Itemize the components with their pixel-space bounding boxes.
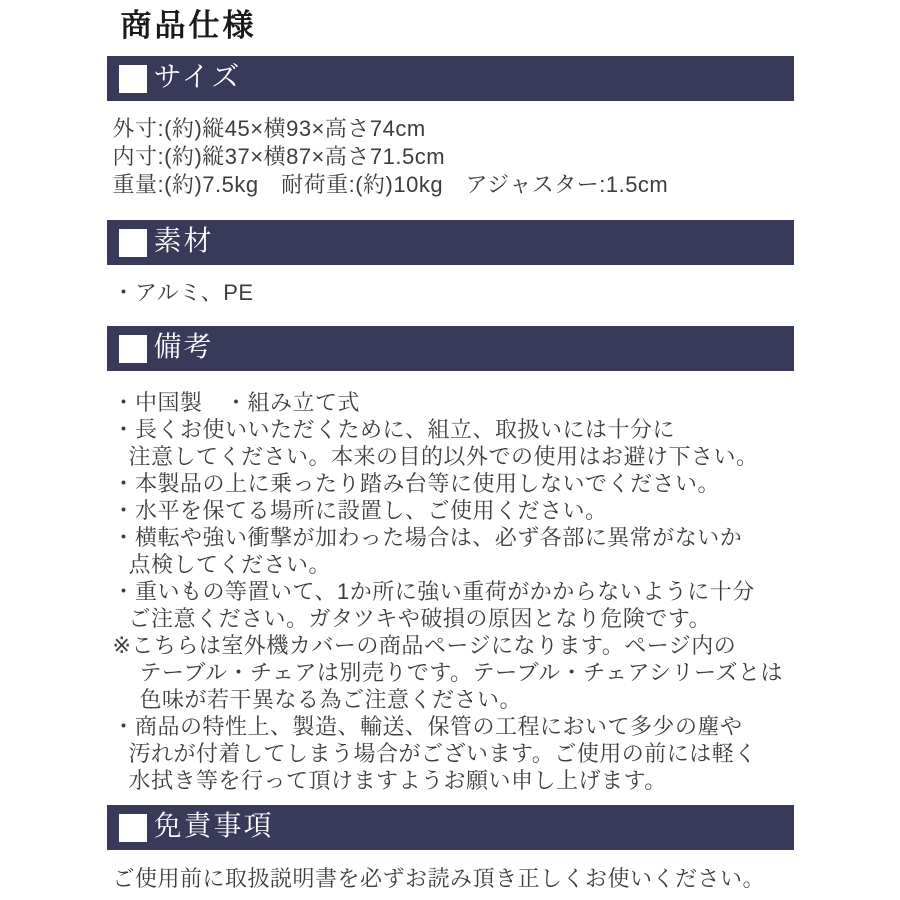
note-line-continuation: 色味が若干異なる為ご注意ください。	[113, 686, 794, 713]
section-size: サイズ 外寸:(約)縦45×横93×高さ74cm 内寸:(約)縦37×横87×高…	[107, 56, 794, 220]
disclaimer-line: ご使用前に取扱説明書を必ずお読み頂き正しくお使いください。	[113, 865, 794, 893]
spec-line-inner-dimensions: 内寸:(約)縦37×横87×高さ71.5cm	[113, 143, 794, 171]
spec-line-weight-capacity: 重量:(約)7.5kg 耐荷重:(約)10kg アジャスター:1.5cm	[113, 171, 794, 199]
note-line: ・本製品の上に乗ったり踏み台等に使用しないでください。	[113, 470, 794, 497]
section-disclaimer: 免責事項 ご使用前に取扱説明書を必ずお読み頂き正しくお使いください。	[107, 805, 794, 893]
notes-section-body: ・中国製 ・組み立て式 ・長くお使いいただくために、組立、取扱いには十分に 注意…	[107, 371, 794, 805]
page-title: 商品仕様	[107, 0, 794, 50]
material-line: ・アルミ、PE	[113, 279, 794, 307]
note-line: ・中国製 ・組み立て式	[113, 389, 794, 416]
note-line-continuation: 注意してください。本来の目的以外での使用はお避け下さい。	[113, 443, 794, 470]
material-section-title: 素材	[154, 227, 214, 258]
section-material: 素材 ・アルミ、PE	[107, 220, 794, 326]
disclaimer-section-header: 免責事項	[107, 805, 794, 850]
disclaimer-section-body: ご使用前に取扱説明書を必ずお読み頂き正しくお使いください。	[107, 850, 794, 893]
spec-line-outer-dimensions: 外寸:(約)縦45×横93×高さ74cm	[113, 115, 794, 143]
note-line: ・重いもの等置いて、1か所に強い重荷がかからないように十分	[113, 578, 794, 605]
product-spec-page: 商品仕様 サイズ 外寸:(約)縦45×横93×高さ74cm 内寸:(約)縦37×…	[0, 0, 900, 900]
size-section-header: サイズ	[107, 56, 794, 101]
notes-section-title: 備考	[154, 333, 214, 364]
notes-section-header: 備考	[107, 326, 794, 371]
note-line: ※こちらは室外機カバーの商品ページになります。ページ内の	[113, 632, 794, 659]
note-line: ・長くお使いいただくために、組立、取扱いには十分に	[113, 416, 794, 443]
note-line-continuation: 水拭き等を行って頂けますようお願い申し上げます。	[113, 767, 794, 794]
square-bullet-icon	[119, 65, 147, 93]
note-line-continuation: ご注意ください。ガタツキや破損の原因となり危険です。	[113, 605, 794, 632]
note-line-continuation: 点検してください。	[113, 551, 794, 578]
note-line-continuation: テーブル・チェアは別売りです。テーブル・チェアシリーズとは	[113, 659, 794, 686]
square-bullet-icon	[119, 814, 147, 842]
material-section-body: ・アルミ、PE	[107, 265, 794, 326]
square-bullet-icon	[119, 335, 147, 363]
material-section-header: 素材	[107, 220, 794, 265]
size-section-body: 外寸:(約)縦45×横93×高さ74cm 内寸:(約)縦37×横87×高さ71.…	[107, 101, 794, 220]
note-line-continuation: 汚れが付着してしまう場合がございます。ご使用の前には軽く	[113, 740, 794, 767]
square-bullet-icon	[119, 229, 147, 257]
note-line: ・水平を保てる場所に設置し、ご使用ください。	[113, 497, 794, 524]
size-section-title: サイズ	[154, 63, 242, 94]
note-line: ・商品の特性上、製造、輸送、保管の工程において多少の塵や	[113, 713, 794, 740]
spec-sheet: 商品仕様 サイズ 外寸:(約)縦45×横93×高さ74cm 内寸:(約)縦37×…	[107, 0, 794, 893]
note-line: ・横転や強い衝撃が加わった場合は、必ず各部に異常がないか	[113, 524, 794, 551]
section-notes: 備考 ・中国製 ・組み立て式 ・長くお使いいただくために、組立、取扱いには十分に…	[107, 326, 794, 805]
disclaimer-section-title: 免責事項	[154, 812, 274, 843]
